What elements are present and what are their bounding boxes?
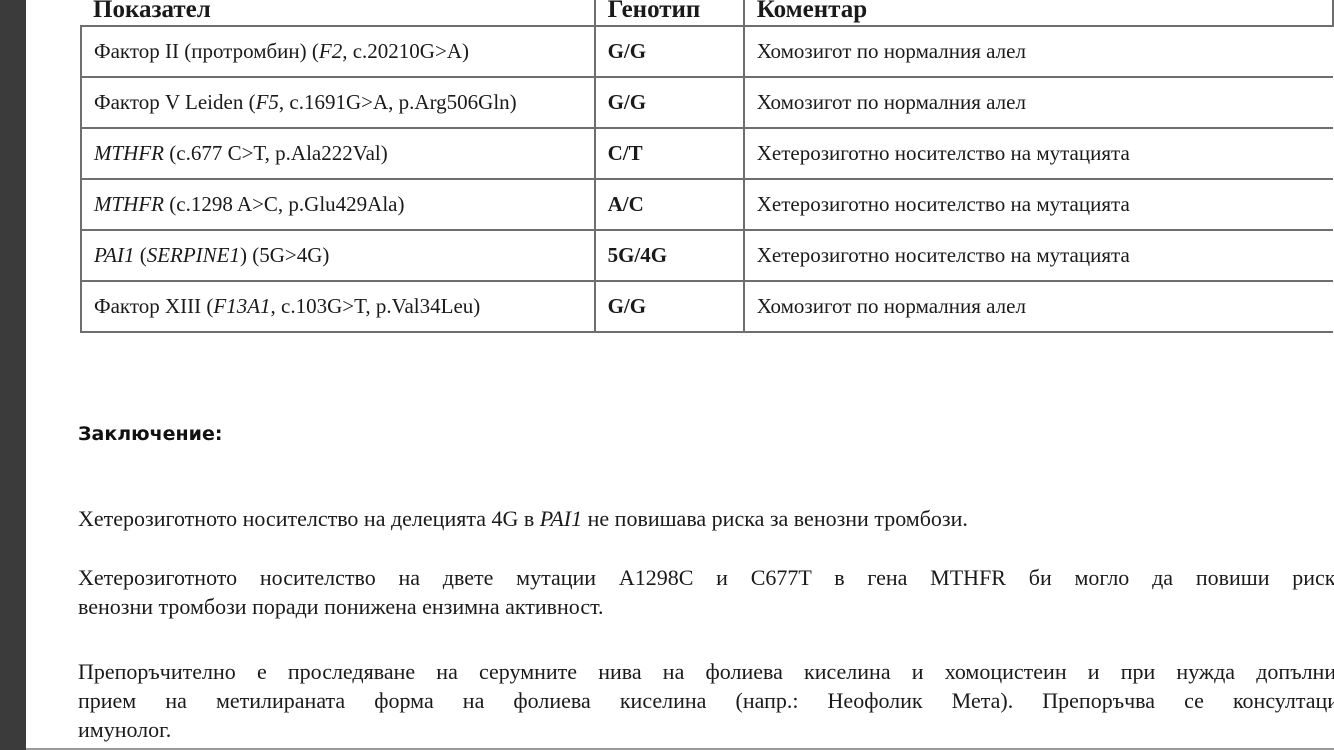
header-comment: Коментар bbox=[744, 0, 1333, 26]
genotype-cell: G/G bbox=[595, 281, 744, 332]
table-row: PAI1 (SERPINE1) (5G>4G) 5G/4G Хетерозиго… bbox=[81, 230, 1333, 281]
genotype-cell: G/G bbox=[595, 26, 744, 77]
table-row: Фактор XIII (F13A1, c.103G>T, p.Val34Leu… bbox=[81, 281, 1333, 332]
indicator-cell: PAI1 (SERPINE1) (5G>4G) bbox=[81, 230, 595, 281]
gene-name: F13A1 bbox=[213, 294, 270, 318]
indicator-cell: MTHFR (c.1298 A>C, p.Glu429Ala) bbox=[81, 179, 595, 230]
header-indicator: Показател bbox=[81, 0, 595, 26]
indicator-cell: Фактор II (протромбин) (F2, c.20210G>A) bbox=[81, 26, 595, 77]
gene-name: PAI1 bbox=[94, 243, 134, 267]
table-row: MTHFR (c.1298 A>C, p.Glu429Ala) A/C Хете… bbox=[81, 179, 1333, 230]
gene-name: PAI1 bbox=[540, 506, 582, 531]
header-genotype: Генотип bbox=[595, 0, 744, 26]
gene-name: F5 bbox=[256, 90, 279, 114]
comment-cell: Хетерозиготно носителство на мутацията bbox=[744, 179, 1333, 230]
viewer-sidebar-strip bbox=[0, 0, 26, 750]
conclusion-paragraph-pai1: Хетерозиготното носителство на делецията… bbox=[78, 504, 1334, 533]
gene-name: F2 bbox=[319, 39, 342, 63]
genotype-cell: A/C bbox=[595, 179, 744, 230]
table-header-row: Показател Генотип Коментар bbox=[81, 0, 1333, 26]
indicator-cell: MTHFR (c.677 C>T, p.Ala222Val) bbox=[81, 128, 595, 179]
indicator-cell: Фактор V Leiden (F5, c.1691G>A, p.Arg506… bbox=[81, 77, 595, 128]
comment-cell: Хетерозиготно носителство на мутацията bbox=[744, 128, 1333, 179]
genotype-cell: C/T bbox=[595, 128, 744, 179]
conclusion-paragraph-mthfr: Хетерозиготното носителство на двете мут… bbox=[78, 563, 1334, 621]
table-row: MTHFR (c.677 C>T, p.Ala222Val) C/T Хетер… bbox=[81, 128, 1333, 179]
comment-cell: Хетерозиготно носителство на мутацията bbox=[744, 230, 1333, 281]
indicator-cell: Фактор XIII (F13A1, c.103G>T, p.Val34Leu… bbox=[81, 281, 595, 332]
gene-name: MTHFR bbox=[94, 192, 164, 216]
genotype-cell: 5G/4G bbox=[595, 230, 744, 281]
gene-name: SERPINE1 bbox=[147, 243, 240, 267]
genotype-results-table: Показател Генотип Коментар Фактор II (пр… bbox=[80, 0, 1334, 333]
gene-name: MTHFR bbox=[94, 141, 164, 165]
comment-cell: Хомозигот по нормалния алел bbox=[744, 26, 1333, 77]
genotype-cell: G/G bbox=[595, 77, 744, 128]
table-row: Фактор V Leiden (F5, c.1691G>A, p.Arg506… bbox=[81, 77, 1333, 128]
conclusion-heading: Заключение: bbox=[78, 423, 222, 445]
comment-cell: Хомозигот по нормалния алел bbox=[744, 281, 1333, 332]
comment-cell: Хомозигот по нормалния алел bbox=[744, 77, 1333, 128]
conclusion-paragraph-recommendation: Препоръчително е проследяване на серумни… bbox=[78, 657, 1334, 744]
document-page: Показател Генотип Коментар Фактор II (пр… bbox=[26, 0, 1334, 748]
table-row: Фактор II (протромбин) (F2, c.20210G>A) … bbox=[81, 26, 1333, 77]
